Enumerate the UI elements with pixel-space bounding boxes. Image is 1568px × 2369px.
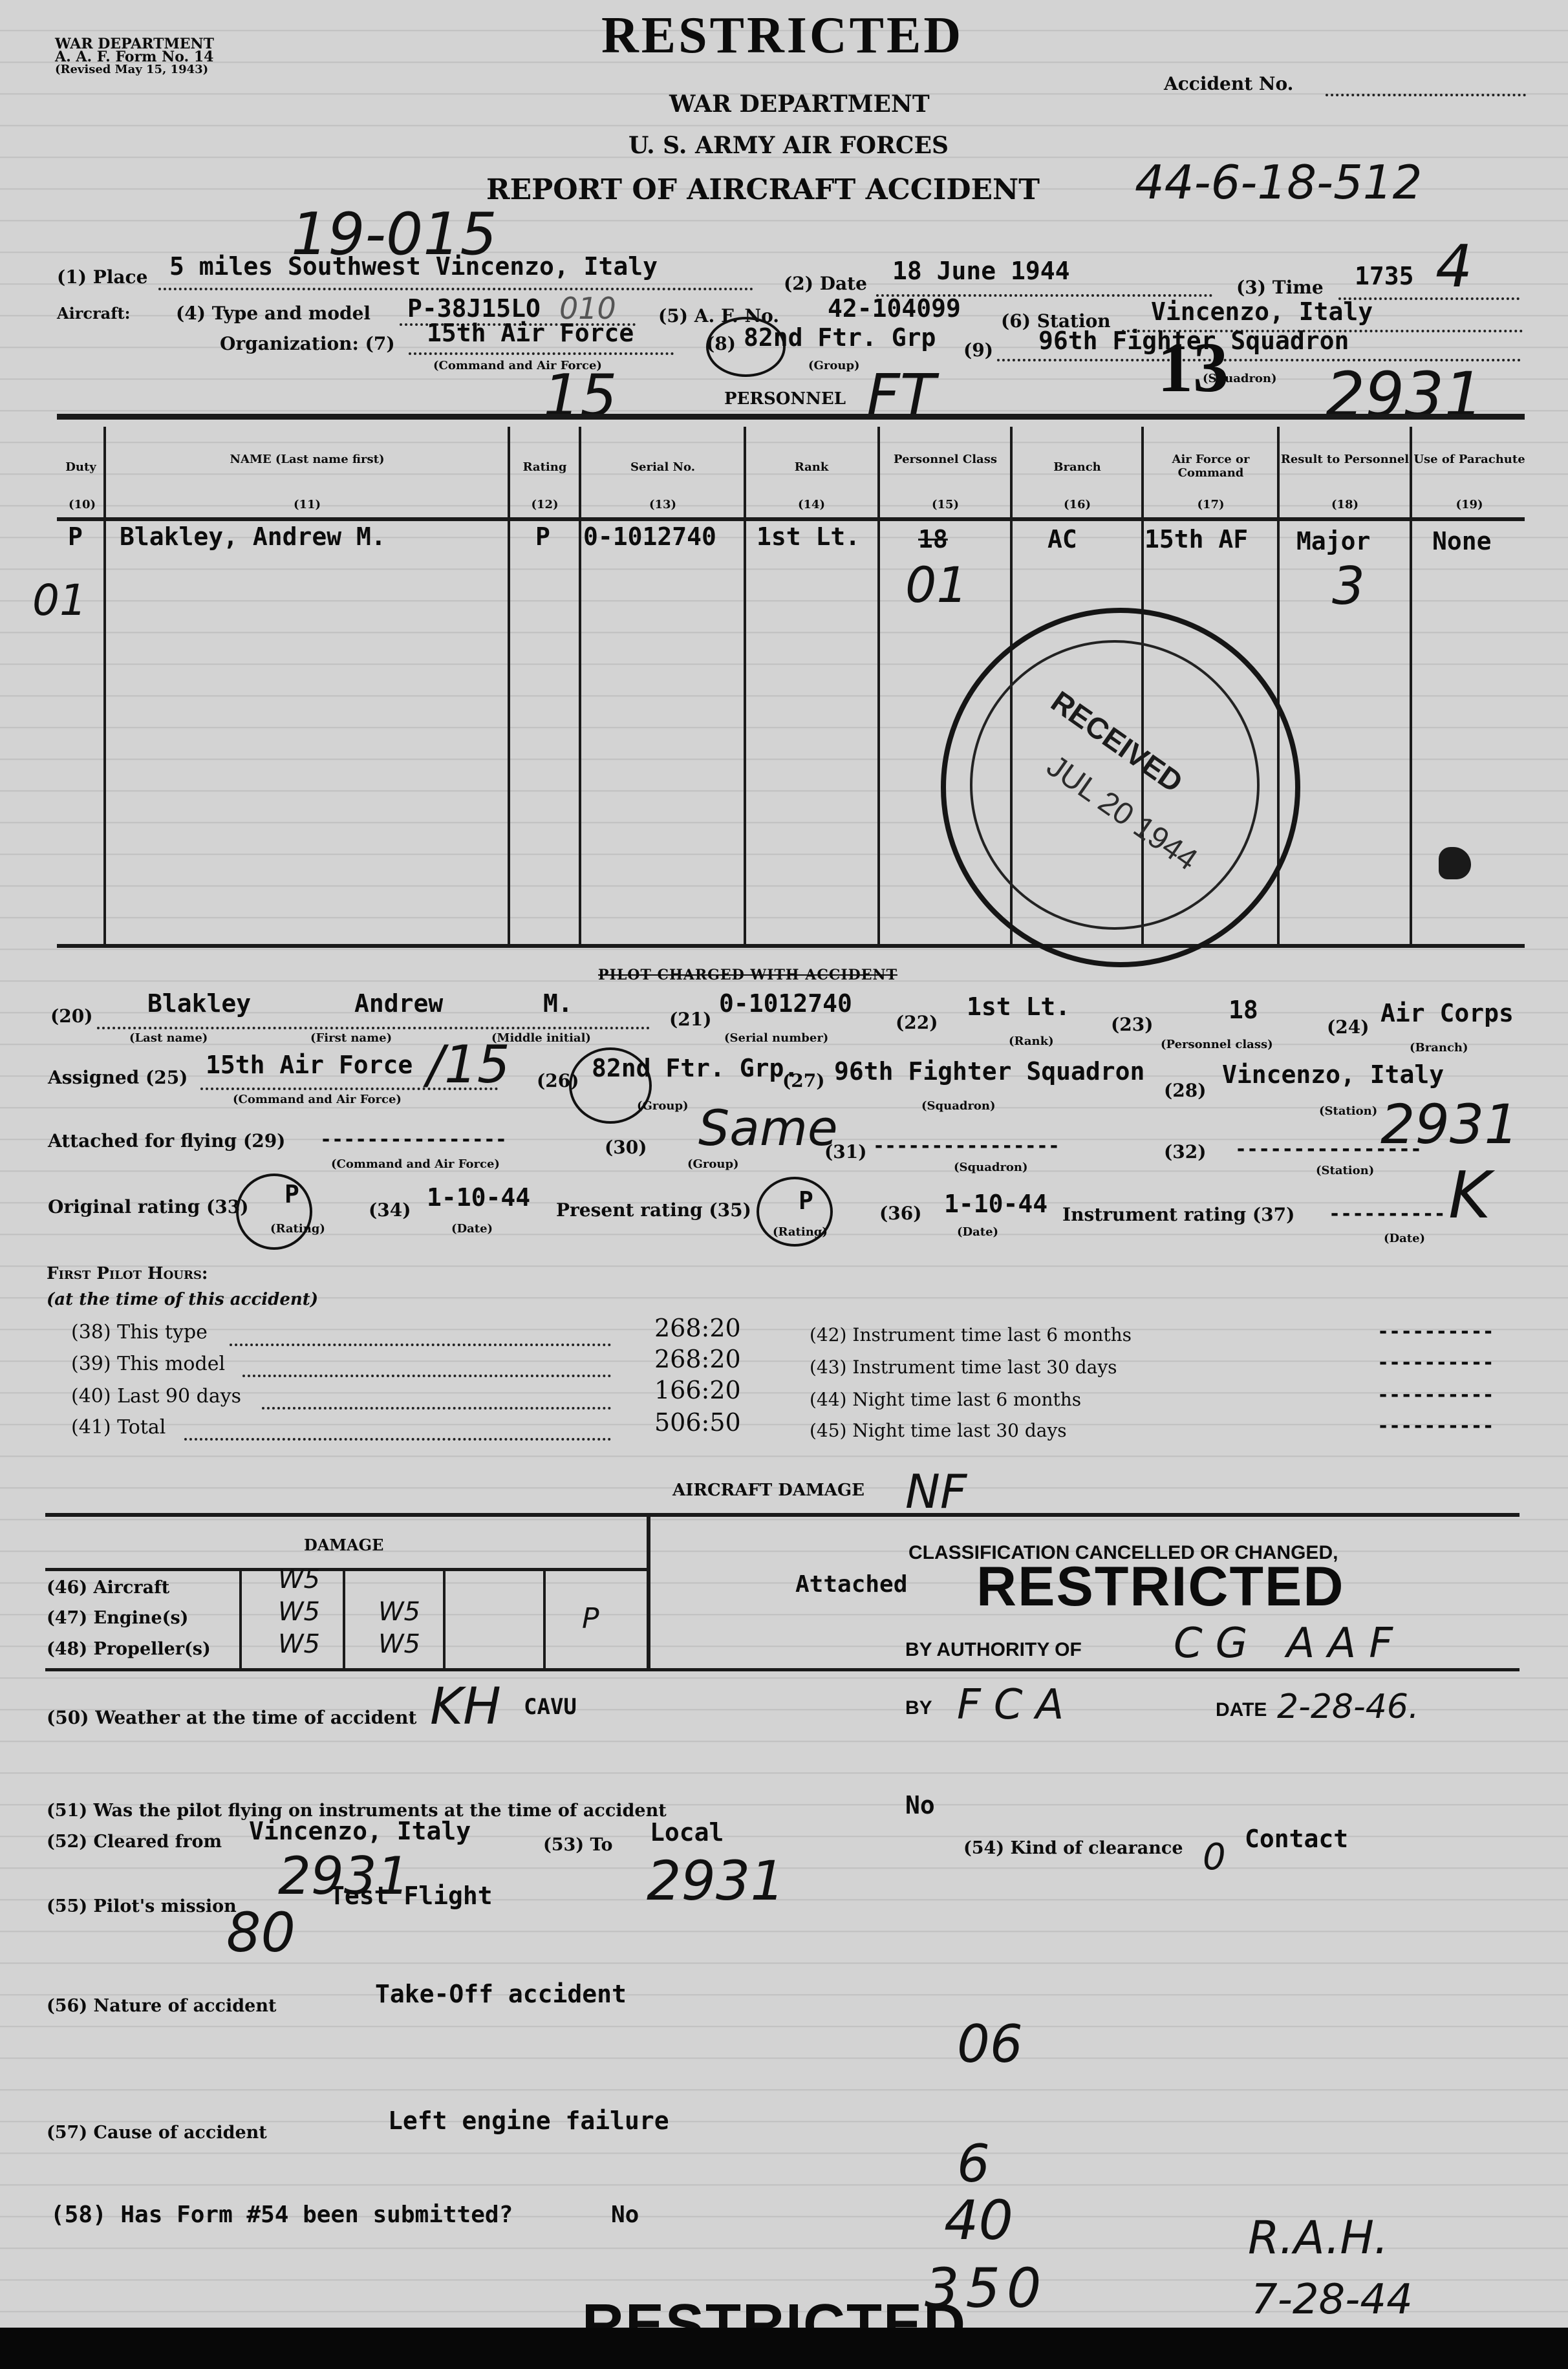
classification-top: RESTRICTED (601, 6, 963, 65)
hand-01-class: 01 (905, 556, 968, 614)
place-value: 5 miles Southwest Vincenzo, Italy (169, 252, 658, 281)
time-value: 1735 (1355, 262, 1414, 290)
col-num: (14) (747, 498, 876, 511)
damage-header-rule (45, 1568, 647, 1571)
cell-parachute: None (1432, 527, 1492, 555)
leader-dots (184, 1438, 611, 1441)
hand-01-left: 01 (32, 575, 87, 625)
damage-table-title: DAMAGE (304, 1536, 383, 1554)
clearance-value: Contact (1245, 1825, 1348, 1853)
original-rating: P (285, 1180, 299, 1208)
date-sub-2: (Date) (957, 1225, 998, 1239)
col-header-class: Personnel Class (881, 453, 1010, 466)
field-23-label: (23) (1111, 1014, 1153, 1035)
hand-40: 40 (944, 2189, 1013, 2252)
attached-value: ---------------- (320, 1128, 507, 1151)
authority-value: CG AAF (1174, 1620, 1406, 1667)
group-sub: (Group) (808, 359, 860, 372)
aircraft-label: Aircraft: (57, 304, 130, 323)
hours-label-instrument-30d: (43) Instrument time last 30 days (810, 1356, 1117, 1378)
hours-label-this-type: (38) This type (71, 1321, 208, 1344)
group-sub-3: (Group) (687, 1157, 739, 1171)
damage-engine-c1: W5 (278, 1597, 320, 1627)
field-21-label: (21) (669, 1009, 711, 1030)
cell-rating: P (535, 522, 550, 551)
assigned-value: 15th Air Force (206, 1051, 413, 1079)
field-36-label: (36) (879, 1203, 921, 1224)
col-num: (13) (582, 498, 744, 511)
pilot-rank: 1st Lt. (967, 992, 1070, 1021)
date-classification-label: DATE (1216, 1699, 1267, 1721)
attached-label: Attached for flying (29) (48, 1130, 285, 1152)
last-name-sub: (Last name) (129, 1031, 208, 1045)
cell-serial: 0-1012740 (583, 522, 716, 551)
personnel-class-sub: (Personnel class) (1161, 1038, 1273, 1051)
pilot-branch: Air Corps (1380, 999, 1514, 1027)
field-31-label: (31) (824, 1141, 866, 1163)
hours-value-this-type: 268:20 (654, 1314, 741, 1342)
date-sub: (Date) (451, 1222, 493, 1236)
handwritten-date: 7-28-44 (1251, 2276, 1413, 2324)
col-num: (10) (59, 498, 105, 511)
date-value: 18 June 1944 (892, 257, 1070, 285)
cell-command: 15th AF (1144, 525, 1248, 553)
pilot-group: 82nd Ftr. Grp. (592, 1054, 799, 1082)
col-header-duty: Duty (58, 460, 103, 474)
damage-col-divider (343, 1571, 345, 1671)
nature-label: (56) Nature of accident (47, 1996, 276, 2016)
field-34-label: (34) (369, 1199, 411, 1221)
hours-value-night-6mo: ---------- (1377, 1384, 1494, 1406)
cell-class: 18 (918, 525, 948, 553)
rank-sub: (Rank) (1009, 1034, 1054, 1048)
hand-code: 2931 (1326, 359, 1483, 431)
cause-value: Left engine failure (388, 2106, 669, 2135)
present-rating: P (799, 1186, 813, 1215)
pilot-personnel-class: 18 (1229, 996, 1258, 1024)
hours-value-last-90-days: 166:20 (654, 1376, 741, 1404)
group-value: 82nd Ftr. Grp (744, 323, 936, 352)
col-header-serial: Serial No. (582, 460, 744, 474)
pilot-station: Vincenzo, Italy (1222, 1060, 1444, 1089)
received-stamp-inner (970, 640, 1260, 930)
original-rating-label: Original rating (33) (48, 1196, 249, 1217)
hand-3: 3 (1332, 556, 1365, 616)
hours-subtitle: (at the time of this accident) (47, 1290, 318, 1309)
date-classification-value: 2-28-46. (1277, 1688, 1419, 1726)
cleared-to-hand: 2931 (647, 1849, 785, 1913)
damage-propeller-c1: W5 (278, 1629, 320, 1659)
hours-value-instrument-6mo: ---------- (1377, 1320, 1494, 1343)
col-header-name: NAME (Last name first) (107, 453, 508, 466)
aircraft-damage-title: AIRCRAFT DAMAGE (672, 1481, 865, 1500)
col-num: (19) (1413, 498, 1526, 511)
damage-propeller-c2: W5 (378, 1629, 420, 1659)
report-title: REPORT OF AIRCRAFT ACCIDENT (486, 173, 1040, 206)
instrument-rating-label: Instrument rating (37) (1062, 1204, 1294, 1225)
squadron-sub-3: (Squadron) (954, 1161, 1028, 1174)
date-label: (2) Date (784, 273, 867, 294)
instrument-rating-value: ---------- (1329, 1203, 1446, 1225)
col-header-rank: Rank (747, 460, 876, 474)
by-value: FCA (957, 1681, 1077, 1729)
hours-value-instrument-30d: ---------- (1377, 1351, 1494, 1374)
damage-top-rule (45, 1513, 1520, 1517)
pilot-first-name: Andrew (354, 989, 443, 1018)
personnel-label: PERSONNEL (724, 389, 846, 409)
weather-hand: KH (430, 1678, 501, 1736)
mission-label: (55) Pilot's mission (47, 1896, 237, 1916)
field-27-label: (27) (782, 1070, 824, 1091)
hours-label-last-90-days: (40) Last 90 days (71, 1385, 241, 1408)
type-label: (4) Type and model (176, 303, 371, 324)
field-24-label: (24) (1327, 1016, 1369, 1038)
damage-col-divider (443, 1571, 446, 1671)
date-sub-3: (Date) (1384, 1232, 1425, 1245)
col-header-command: Air Force or Command (1144, 453, 1277, 480)
damage-bottom-rule (45, 1668, 1520, 1671)
nature-value: Take-Off accident (375, 1980, 627, 2008)
squadron-label: (9) (963, 339, 993, 361)
leader-dots (242, 1375, 611, 1377)
ink-blot (1439, 847, 1471, 879)
damage-engine-c2: W5 (378, 1597, 420, 1627)
assigned-label: Assigned (25) (48, 1067, 188, 1088)
col-num: (15) (881, 498, 1010, 511)
damage-col-divider (543, 1571, 546, 1671)
hours-value-night-30d: ---------- (1377, 1415, 1494, 1437)
place-label: (1) Place (57, 266, 147, 288)
document-page: WAR DEPARTMENT A. A. F. Form No. 14 (Rev… (0, 0, 1568, 2328)
cause-label: (57) Cause of accident (47, 2123, 267, 2143)
hours-value-this-model: 268:20 (654, 1345, 741, 1373)
col-num: (18) (1280, 498, 1410, 511)
header-rule (57, 517, 1525, 521)
attached-station-hand: 2931 (1380, 1093, 1519, 1156)
present-rating-date: 1-10-44 (944, 1190, 1047, 1218)
form-identifier: WAR DEPARTMENT A. A. F. Form No. 14 (Rev… (55, 38, 214, 76)
form-id-line2: A. A. F. Form No. 14 (55, 50, 214, 63)
col-divider (744, 427, 746, 944)
assigned-sub: (Command and Air Force) (233, 1093, 402, 1106)
col-header-result: Result to Personnel (1280, 453, 1410, 466)
hours-label-instrument-6mo: (42) Instrument time last 6 months (810, 1324, 1132, 1345)
cleared-to-value: Local (650, 1818, 724, 1847)
pilot-squadron: 96th Fighter Squadron (834, 1057, 1144, 1086)
authority-label: BY AUTHORITY OF (905, 1639, 1082, 1661)
handwritten-initials: R.A.H. (1248, 2211, 1388, 2264)
clearance-hand: 0 (1203, 1836, 1226, 1878)
instruments-value: No (905, 1791, 935, 1819)
squadron-sub-2: (Squadron) (921, 1099, 996, 1113)
damage-col-divider (239, 1571, 242, 1671)
hours-label-night-30d: (45) Night time last 30 days (810, 1420, 1067, 1441)
weather-value: CAVU (524, 1694, 577, 1720)
af-no-value: 42-104099 (828, 294, 961, 323)
by-label: BY (905, 1697, 932, 1719)
damage-aircraft-c1: W5 (278, 1565, 320, 1594)
damage-label-aircraft: (46) Aircraft (47, 1578, 169, 1598)
attached-sub: (Command and Air Force) (331, 1157, 500, 1171)
form-id-line3: (Revised May 15, 1943) (55, 63, 214, 76)
assigned-hand: /15 (427, 1034, 510, 1095)
field-28-label: (28) (1164, 1080, 1206, 1101)
hours-label-total: (41) Total (71, 1416, 166, 1439)
cleared-from-label: (52) Cleared from (47, 1832, 222, 1852)
nature-hand: 06 (957, 2014, 1023, 2074)
damage-right-border (647, 1516, 650, 1671)
leader-dots (230, 1344, 611, 1346)
rating-sub: (Rating) (270, 1222, 325, 1236)
original-rating-date: 1-10-44 (427, 1183, 530, 1212)
damage-engine-c4: P (582, 1602, 599, 1635)
col-num: (11) (107, 498, 508, 511)
group-sub-2: (Group) (637, 1099, 689, 1113)
weather-label: (50) Weather at the time of accident (47, 1707, 416, 1728)
accident-no-label: Accident No. (1164, 73, 1293, 94)
organization-value: 15th Air Force (427, 319, 634, 347)
station-sub-2: (Station) (1319, 1104, 1377, 1118)
rating-sub-2: (Rating) (773, 1225, 828, 1239)
hand-ft: FT (866, 362, 936, 430)
instrument-rating-hand: K (1448, 1157, 1491, 1233)
col-divider (508, 427, 510, 944)
stamp-overlay-number: 13 (1157, 327, 1229, 409)
table-top-rule (57, 414, 1525, 420)
col-num: (16) (1013, 498, 1141, 511)
organization-line (409, 352, 674, 355)
pilot-last-name: Blakley (147, 989, 251, 1018)
time-hand: 4 (1435, 233, 1472, 301)
time-label: (3) Time (1236, 277, 1324, 298)
field-30-label: (30) (605, 1137, 647, 1158)
damage-label-propeller: (48) Propeller(s) (47, 1639, 211, 1659)
col-num: (12) (511, 498, 579, 511)
leader-dots (262, 1407, 611, 1410)
damage-label-engine: (47) Engine(s) (47, 1608, 188, 1628)
mission-hand: 80 (226, 1901, 295, 1964)
cleared-from-value: Vincenzo, Italy (249, 1817, 471, 1845)
cell-branch: AC (1047, 525, 1077, 553)
name-line (97, 1027, 650, 1029)
hand-15: 15 (543, 362, 618, 430)
col-header-rating: Rating (511, 460, 579, 474)
col-header-parachute: Use of Parachute (1413, 453, 1526, 466)
field-20-label: (20) (50, 1005, 92, 1027)
col-num: (17) (1144, 498, 1277, 511)
hours-label-night-6mo: (44) Night time last 6 months (810, 1389, 1081, 1410)
pilot-middle-initial: M. (543, 989, 573, 1018)
accident-no-line (1326, 94, 1526, 96)
form54-value: No (611, 2202, 639, 2228)
service-title: U. S. ARMY AIR FORCES (628, 132, 949, 159)
pilot-serial: 0-1012740 (719, 989, 852, 1018)
branch-sub: (Branch) (1410, 1041, 1468, 1055)
cleared-to-label: (53) To (543, 1835, 613, 1855)
restricted-stamp: RESTRICTED (976, 1555, 1344, 1619)
cell-rank: 1st Lt. (757, 522, 860, 551)
mission-value: Test Flight (330, 1881, 493, 1910)
col-divider (1410, 427, 1412, 944)
cell-duty: P (68, 522, 83, 551)
col-header-branch: Branch (1013, 460, 1141, 474)
cell-result: Major (1296, 527, 1370, 555)
hours-title: First Pilot Hours: (47, 1264, 208, 1283)
present-rating-label: Present rating (35) (556, 1199, 751, 1221)
attached-label: Attached (795, 1571, 907, 1598)
organization-label: Organization: (7) (220, 333, 395, 354)
field-32-label: (32) (1164, 1141, 1206, 1163)
field-22-label: (22) (896, 1012, 938, 1033)
table-bottom-rule (57, 944, 1525, 948)
aircraft-damage-hand: NF (905, 1464, 967, 1519)
col-divider (877, 427, 880, 944)
form54-label: (58) Has Form #54 been submitted? (50, 2202, 513, 2228)
first-name-sub: (First name) (310, 1031, 392, 1045)
cell-name: Blakley, Andrew M. (120, 522, 386, 551)
hours-label-this-model: (39) This model (71, 1353, 225, 1375)
station-value: Vincenzo, Italy (1151, 297, 1373, 326)
attached-squadron: ---------------- (873, 1135, 1060, 1157)
hours-value-total: 506:50 (654, 1408, 741, 1437)
serial-sub: (Serial number) (724, 1031, 828, 1045)
clearance-label: (54) Kind of clearance (963, 1838, 1183, 1858)
col-divider (579, 427, 581, 944)
attached-group-hand: Same (698, 1099, 838, 1157)
original-rating-circle (236, 1174, 312, 1250)
pilot-section-title: PILOT CHARGED WITH ACCIDENT (598, 967, 897, 983)
department-title: WAR DEPARTMENT (669, 91, 930, 118)
scan-border-bottom (0, 2328, 1568, 2369)
station-sub-3: (Station) (1316, 1164, 1374, 1177)
cause-hand: 6 (957, 2134, 990, 2194)
place-line (158, 288, 753, 290)
accident-no-handwritten: 44-6-18-512 (1135, 155, 1422, 209)
